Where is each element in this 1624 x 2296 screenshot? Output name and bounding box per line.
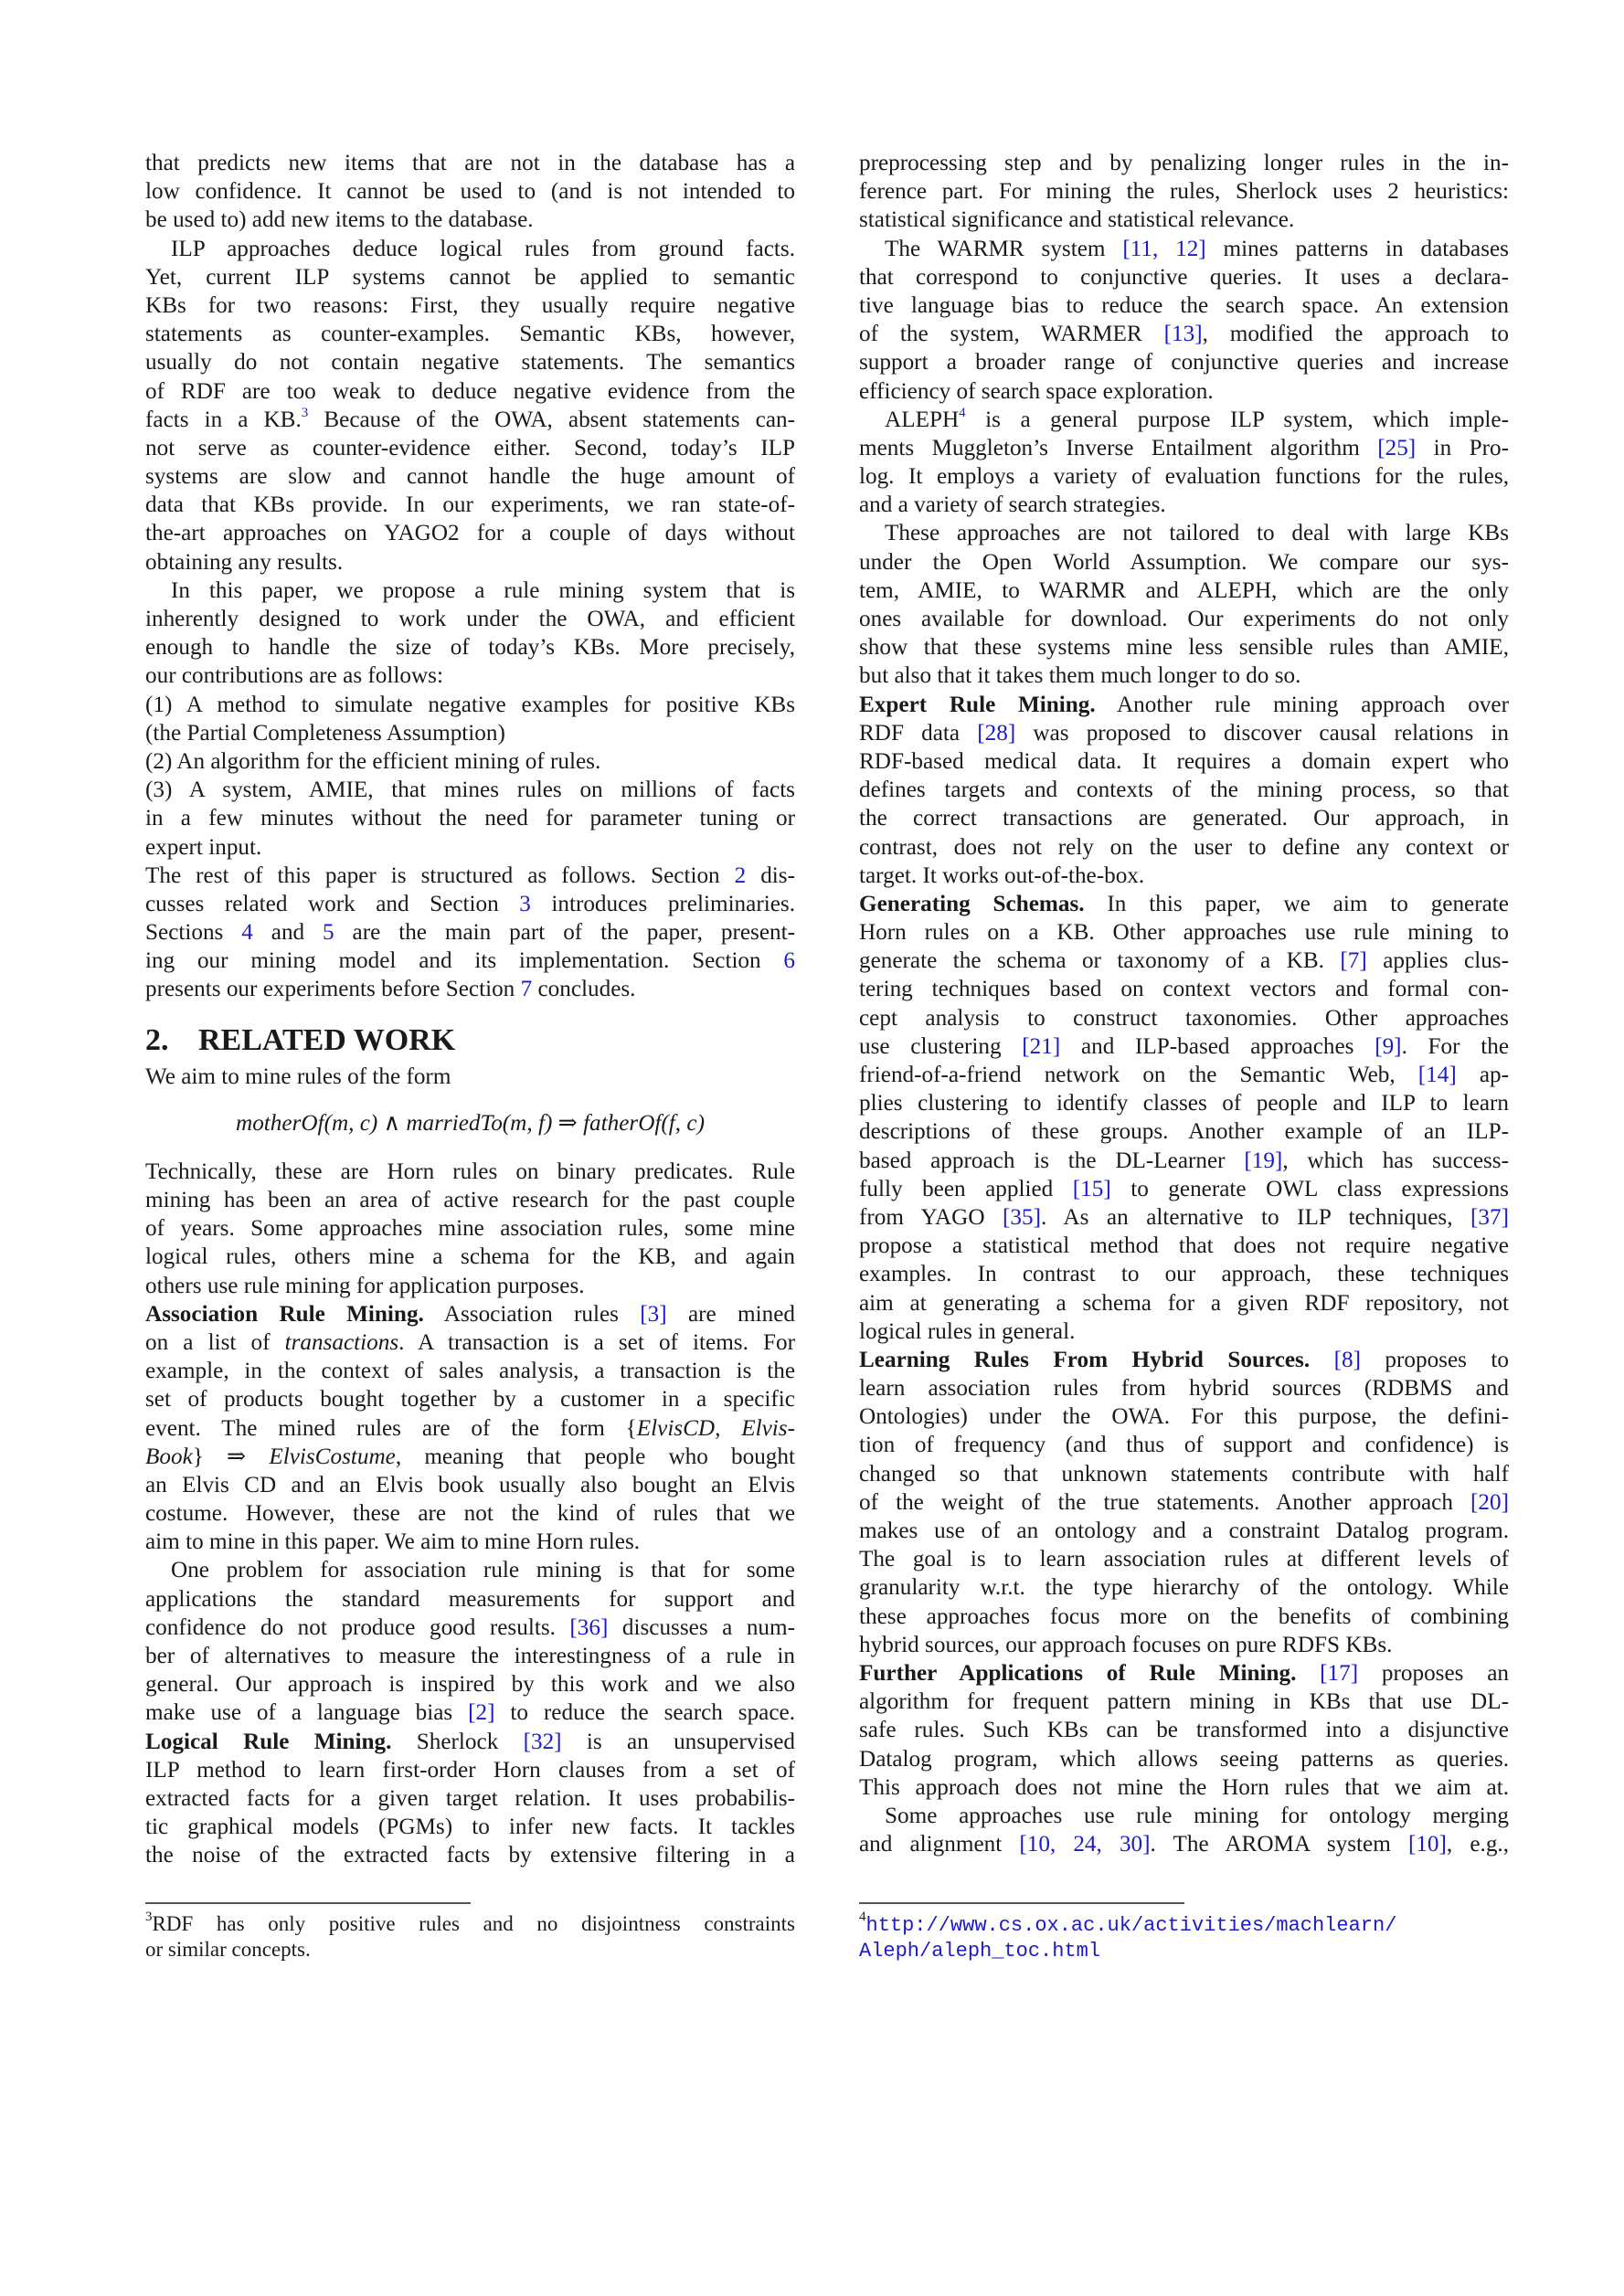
text-line: obtaining any results.	[145, 548, 795, 577]
approaches-paragraph: These approaches are not tailored to dea…	[859, 519, 1509, 690]
section-link-4[interactable]: 4	[241, 920, 253, 945]
text-line: Logical Rule Mining. Sherlock [32] is an…	[145, 1728, 795, 1756]
text-line: Datalog program, which allows seeing pat…	[859, 1745, 1509, 1773]
text-line: make use of a language bias [2] to reduc…	[145, 1698, 795, 1727]
contributions-list: (1) A method to simulate negative exampl…	[145, 691, 795, 862]
text-line: our contributions are as follows:	[145, 661, 795, 690]
footnote-divider	[145, 1902, 471, 1904]
expert-rule-mining-paragraph: Expert Rule Mining. Another rule mining …	[859, 691, 1509, 890]
text-line: Expert Rule Mining. Another rule mining …	[859, 691, 1509, 719]
citation-link[interactable]: [13]	[1164, 322, 1203, 346]
citation-link[interactable]: [37]	[1470, 1205, 1509, 1230]
text-line: based approach is the DL-Learner [19], w…	[859, 1147, 1509, 1175]
paragraph-heading: Further Applications of Rule Mining.	[859, 1661, 1296, 1686]
paragraph-heading: Generating Schemas.	[859, 892, 1085, 916]
footnote-3: 3RDF has only positive rules and no disj…	[145, 1911, 795, 1963]
text-line: data that KBs provide. In our experiment…	[145, 491, 795, 519]
text-line: confidence do not produce good results. …	[145, 1614, 795, 1642]
text-line: use clustering [21] and ILP-based approa…	[859, 1032, 1509, 1061]
text-line: ber of alternatives to measure the inter…	[145, 1642, 795, 1670]
footnote-line: 3RDF has only positive rules and no disj…	[145, 1911, 795, 1937]
text-line: granularity w.r.t. the type hierarchy of…	[859, 1573, 1509, 1602]
footnote-ref-4[interactable]: 4	[959, 406, 966, 420]
citation-link[interactable]: [20]	[1470, 1490, 1509, 1515]
paragraph-heading: Learning Rules From Hybrid Sources.	[859, 1348, 1310, 1372]
citation-link[interactable]: [2]	[468, 1700, 494, 1725]
citation-link[interactable]: [15]	[1073, 1177, 1111, 1201]
citation-link[interactable]: [7]	[1340, 948, 1366, 973]
text-line: cusses related work and Section 3 introd…	[145, 890, 795, 918]
ontology-paragraph: Some approaches use rule mining for onto…	[859, 1802, 1509, 1858]
right-column: preprocessing step and by penalizing lon…	[859, 149, 1509, 1858]
text-line: Some approaches use rule mining for onto…	[859, 1802, 1509, 1830]
text-line: others use rule mining for application p…	[145, 1272, 795, 1300]
association-rule-mining-paragraph: Association Rule Mining. Association rul…	[145, 1300, 795, 1557]
text-line: aim to mine in this paper. We aim to min…	[145, 1528, 795, 1556]
citation-link[interactable]: [3]	[640, 1302, 666, 1327]
text-line: ALEPH4 is a general purpose ILP system, …	[859, 406, 1509, 434]
citation-link[interactable]: [36]	[569, 1615, 608, 1640]
contribution-item: (1) A method to simulate negative exampl…	[145, 691, 795, 719]
text-line: mining has been an area of active resear…	[145, 1186, 795, 1214]
contribution-item: (3) A system, AMIE, that mines rules on …	[145, 776, 795, 804]
text-line: the noise of the extracted facts by exte…	[145, 1841, 795, 1869]
aleph-url-link-cont[interactable]: Aleph/aleph_toc.html	[859, 1940, 1100, 1963]
text-line: an Elvis CD and an Elvis book usually al…	[145, 1471, 795, 1499]
text-line: ments Muggleton’s Inverse Entailment alg…	[859, 434, 1509, 462]
text-line: Horn rules on a KB. Other approaches use…	[859, 918, 1509, 947]
text-line: applications the standard measurements f…	[145, 1585, 795, 1614]
section-link-3[interactable]: 3	[519, 892, 531, 916]
text-line: ing our mining model and its implementat…	[145, 947, 795, 975]
text-line: inherently designed to work under the OW…	[145, 605, 795, 633]
text-line: The rest of this paper is structured as …	[145, 862, 795, 890]
intro-paragraph: that predicts new items that are not in …	[145, 149, 795, 235]
text-line: ones available for download. Our experim…	[859, 605, 1509, 633]
text-line: preprocessing step and by penalizing lon…	[859, 149, 1509, 177]
text-line: statements as counter-examples. Semantic…	[145, 320, 795, 348]
text-line: learn association rules from hybrid sour…	[859, 1374, 1509, 1402]
text-line: Yet, current ILP systems cannot be appli…	[145, 263, 795, 291]
text-line: be used to) add new items to the databas…	[145, 206, 795, 234]
text-line: RDF data [28] was proposed to discover c…	[859, 719, 1509, 747]
citation-link[interactable]: [14]	[1418, 1063, 1457, 1087]
text-line: these approaches focus more on the benef…	[859, 1603, 1509, 1631]
text-line: support a broader range of conjunctive q…	[859, 348, 1509, 376]
text-line: example, in the context of sales analysi…	[145, 1357, 795, 1385]
citation-link[interactable]: [11, 12]	[1122, 237, 1205, 261]
text-line: examples. In contrast to our approach, t…	[859, 1260, 1509, 1288]
text-line: safe rules. Such KBs can be transformed …	[859, 1716, 1509, 1744]
text-line: low confidence. It cannot be used to (an…	[145, 177, 795, 206]
citation-link[interactable]: [8]	[1334, 1348, 1361, 1372]
text-line: tion of frequency (and thus of support a…	[859, 1431, 1509, 1459]
text-line: propose a statistical method that does n…	[859, 1232, 1509, 1260]
left-column: that predicts new items that are not in …	[145, 149, 795, 1870]
paragraph-heading: Expert Rule Mining.	[859, 693, 1096, 717]
text-line: changed so that unknown statements contr…	[859, 1460, 1509, 1488]
text-line: descriptions of these groups. Another ex…	[859, 1117, 1509, 1146]
aleph-url-link[interactable]: http://www.cs.ox.ac.uk/activities/machle…	[866, 1914, 1397, 1937]
contribution-item: (the Partial Completeness Assumption)	[145, 719, 795, 747]
warmr-paragraph: The WARMR system [11, 12] mines patterns…	[859, 235, 1509, 406]
text-line: Further Applications of Rule Mining. [17…	[859, 1659, 1509, 1688]
text-line: of RDF are too weak to deduce negative e…	[145, 377, 795, 406]
text-line: plies clustering to identify classes of …	[859, 1089, 1509, 1117]
text-line: extracted facts for a given target relat…	[145, 1784, 795, 1813]
text-line: that correspond to conjunctive queries. …	[859, 263, 1509, 291]
contribution-item: in a few minutes without the need for pa…	[145, 804, 795, 832]
text-line: aim at generating a schema for a given R…	[859, 1289, 1509, 1317]
footnote-ref-3[interactable]: 3	[302, 406, 309, 420]
text-line: target. It works out-of-the-box.	[859, 862, 1509, 890]
text-line: the-art approaches on YAGO2 for a couple…	[145, 519, 795, 547]
text-line: fully been applied [15] to generate OWL …	[859, 1175, 1509, 1203]
text-line: event. The mined rules are of the form {…	[145, 1414, 795, 1443]
text-line: Sections 4 and 5 are the main part of th…	[145, 918, 795, 947]
sherlock-continued: preprocessing step and by penalizing lon…	[859, 149, 1509, 235]
citation-link[interactable]: [35]	[1003, 1205, 1041, 1230]
technical-paragraph: Technically, these are Horn rules on bin…	[145, 1158, 795, 1300]
text-line: tering techniques based on context vecto…	[859, 975, 1509, 1003]
text-line: These approaches are not tailored to dea…	[859, 519, 1509, 547]
footnote-line: Aleph/aleph_toc.html	[859, 1937, 1509, 1963]
citation-link[interactable]: [28]	[977, 721, 1015, 746]
section-heading-related-work: 2.RELATED WORK	[145, 1019, 795, 1063]
footnote-divider	[859, 1902, 1184, 1904]
text-line: ILP method to learn first-order Horn cla…	[145, 1756, 795, 1784]
text-line: friend-of-a-friend network on the Semant…	[859, 1061, 1509, 1089]
text-line: efficiency of search space exploration.	[859, 377, 1509, 406]
text-line: logical rules, others mine a schema for …	[145, 1243, 795, 1271]
structure-paragraph: The rest of this paper is structured as …	[145, 862, 795, 1004]
text-line: ILP approaches deduce logical rules from…	[145, 235, 795, 263]
text-line: statistical significance and statistical…	[859, 206, 1509, 234]
text-line: RDF-based medical data. It requires a do…	[859, 747, 1509, 776]
text-line: and alignment [10, 24, 30]. The AROMA sy…	[859, 1830, 1509, 1858]
text-line: that predicts new items that are not in …	[145, 149, 795, 177]
text-line: usually do not contain negative statemen…	[145, 348, 795, 376]
text-line: algorithm for frequent pattern mining in…	[859, 1688, 1509, 1716]
text-line: In this paper, we propose a rule mining …	[145, 577, 795, 605]
problem-paragraph: One problem for association rule mining …	[145, 1556, 795, 1727]
text-line: The WARMR system [11, 12] mines patterns…	[859, 235, 1509, 263]
text-line: from YAGO [35]. As an alternative to ILP…	[859, 1203, 1509, 1232]
text-line: and a variety of search strategies.	[859, 491, 1509, 519]
text-line: log. It employs a variety of evaluation …	[859, 462, 1509, 491]
section-link-2[interactable]: 2	[735, 863, 747, 888]
text-line: Generating Schemas. In this paper, we ai…	[859, 890, 1509, 918]
text-line: of years. Some approaches mine associati…	[145, 1214, 795, 1243]
ilp-paragraph: ILP approaches deduce logical rules from…	[145, 235, 795, 577]
text-line: Book} ⇒ ElvisCostume, meaning that peopl…	[145, 1443, 795, 1471]
text-line: on a list of transactions. A transaction…	[145, 1328, 795, 1357]
paragraph-heading: Association Rule Mining.	[145, 1302, 424, 1327]
citation-link[interactable]: [10, 24, 30]	[1019, 1832, 1150, 1857]
citation-link[interactable]: [9]	[1375, 1034, 1401, 1059]
text-line: presents our experiments before Section …	[145, 975, 795, 1003]
text-line: of the system, WARMER [13], modified the…	[859, 320, 1509, 348]
citation-link[interactable]: [10]	[1408, 1832, 1447, 1857]
text-line: makes use of an ontology and a constrain…	[859, 1517, 1509, 1545]
text-line: tic graphical models (PGMs) to infer new…	[145, 1813, 795, 1841]
text-line: defines targets and contexts of the mini…	[859, 776, 1509, 804]
text-line: enough to handle the size of today’s KBs…	[145, 633, 795, 661]
text-line: the correct transactions are generated. …	[859, 804, 1509, 832]
text-line: not serve as counter-evidence either. Se…	[145, 434, 795, 462]
citation-link[interactable]: [25]	[1377, 436, 1416, 460]
text-line: generate the schema or taxonomy of a KB.…	[859, 947, 1509, 975]
text-line: tive language bias to reduce the search …	[859, 291, 1509, 320]
text-line: general. Our approach is inspired by thi…	[145, 1670, 795, 1698]
citation-link[interactable]: [19]	[1244, 1148, 1282, 1173]
further-applications-paragraph: Further Applications of Rule Mining. [17…	[859, 1659, 1509, 1802]
text-line: under the Open World Assumption. We comp…	[859, 548, 1509, 577]
section-link-6[interactable]: 6	[783, 948, 795, 973]
text-line: KBs for two reasons: First, they usually…	[145, 291, 795, 320]
text-line: Ontologies) under the OWA. For this purp…	[859, 1402, 1509, 1431]
text-line: contrast, does not rely on the user to d…	[859, 833, 1509, 862]
text-line: show that these systems mine less sensib…	[859, 633, 1509, 661]
text-line: costume. However, these are not the kind…	[145, 1499, 795, 1528]
proposal-paragraph: In this paper, we propose a rule mining …	[145, 577, 795, 691]
text-line: hybrid sources, our approach focuses on …	[859, 1631, 1509, 1659]
contribution-item: (2) An algorithm for the efficient minin…	[145, 747, 795, 776]
text-line: Technically, these are Horn rules on bin…	[145, 1158, 795, 1186]
citation-link[interactable]: [32]	[524, 1730, 562, 1754]
rule-intro: We aim to mine rules of the form	[145, 1063, 795, 1091]
text-line: of the weight of the true statements. An…	[859, 1488, 1509, 1517]
text-line: set of products bought together by a cus…	[145, 1385, 795, 1413]
section-link-7[interactable]: 7	[521, 977, 533, 1001]
text-line: The goal is to learn association rules a…	[859, 1545, 1509, 1573]
generating-schemas-paragraph: Generating Schemas. In this paper, we ai…	[859, 890, 1509, 1346]
text-line: facts in a KB.3 Because of the OWA, abse…	[145, 406, 795, 434]
footnote-4: 4http://www.cs.ox.ac.uk/activities/machl…	[859, 1911, 1509, 1963]
text-line: cept analysis to construct taxonomies. O…	[859, 1004, 1509, 1032]
footnote-line: 4http://www.cs.ox.ac.uk/activities/machl…	[859, 1911, 1509, 1937]
citation-link[interactable]: [21]	[1022, 1034, 1060, 1059]
hybrid-sources-paragraph: Learning Rules From Hybrid Sources. [8] …	[859, 1346, 1509, 1659]
horn-rule-formula: motherOf(m, c) ∧ marriedTo(m, f) ⇒ fathe…	[145, 1109, 795, 1137]
text-line: Association Rule Mining. Association rul…	[145, 1300, 795, 1328]
text-line: One problem for association rule mining …	[145, 1556, 795, 1584]
text-line: This approach does not mine the Horn rul…	[859, 1773, 1509, 1802]
text-line: logical rules in general.	[859, 1317, 1509, 1346]
paragraph-heading: Logical Rule Mining.	[145, 1730, 391, 1754]
text-line: systems are slow and cannot handle the h…	[145, 462, 795, 491]
footnote-line: or similar concepts.	[145, 1937, 795, 1963]
section-link-5[interactable]: 5	[323, 920, 334, 945]
aleph-paragraph: ALEPH4 is a general purpose ILP system, …	[859, 406, 1509, 520]
text-line: but also that it takes them much longer …	[859, 661, 1509, 690]
contribution-item: expert input.	[145, 833, 795, 862]
text-line: ference part. For mining the rules, Sher…	[859, 177, 1509, 206]
citation-link[interactable]: [17]	[1320, 1661, 1358, 1686]
text-line: tem, AMIE, to WARMR and ALEPH, which are…	[859, 577, 1509, 605]
logical-rule-mining-paragraph: Logical Rule Mining. Sherlock [32] is an…	[145, 1728, 795, 1870]
text-line: Learning Rules From Hybrid Sources. [8] …	[859, 1346, 1509, 1374]
